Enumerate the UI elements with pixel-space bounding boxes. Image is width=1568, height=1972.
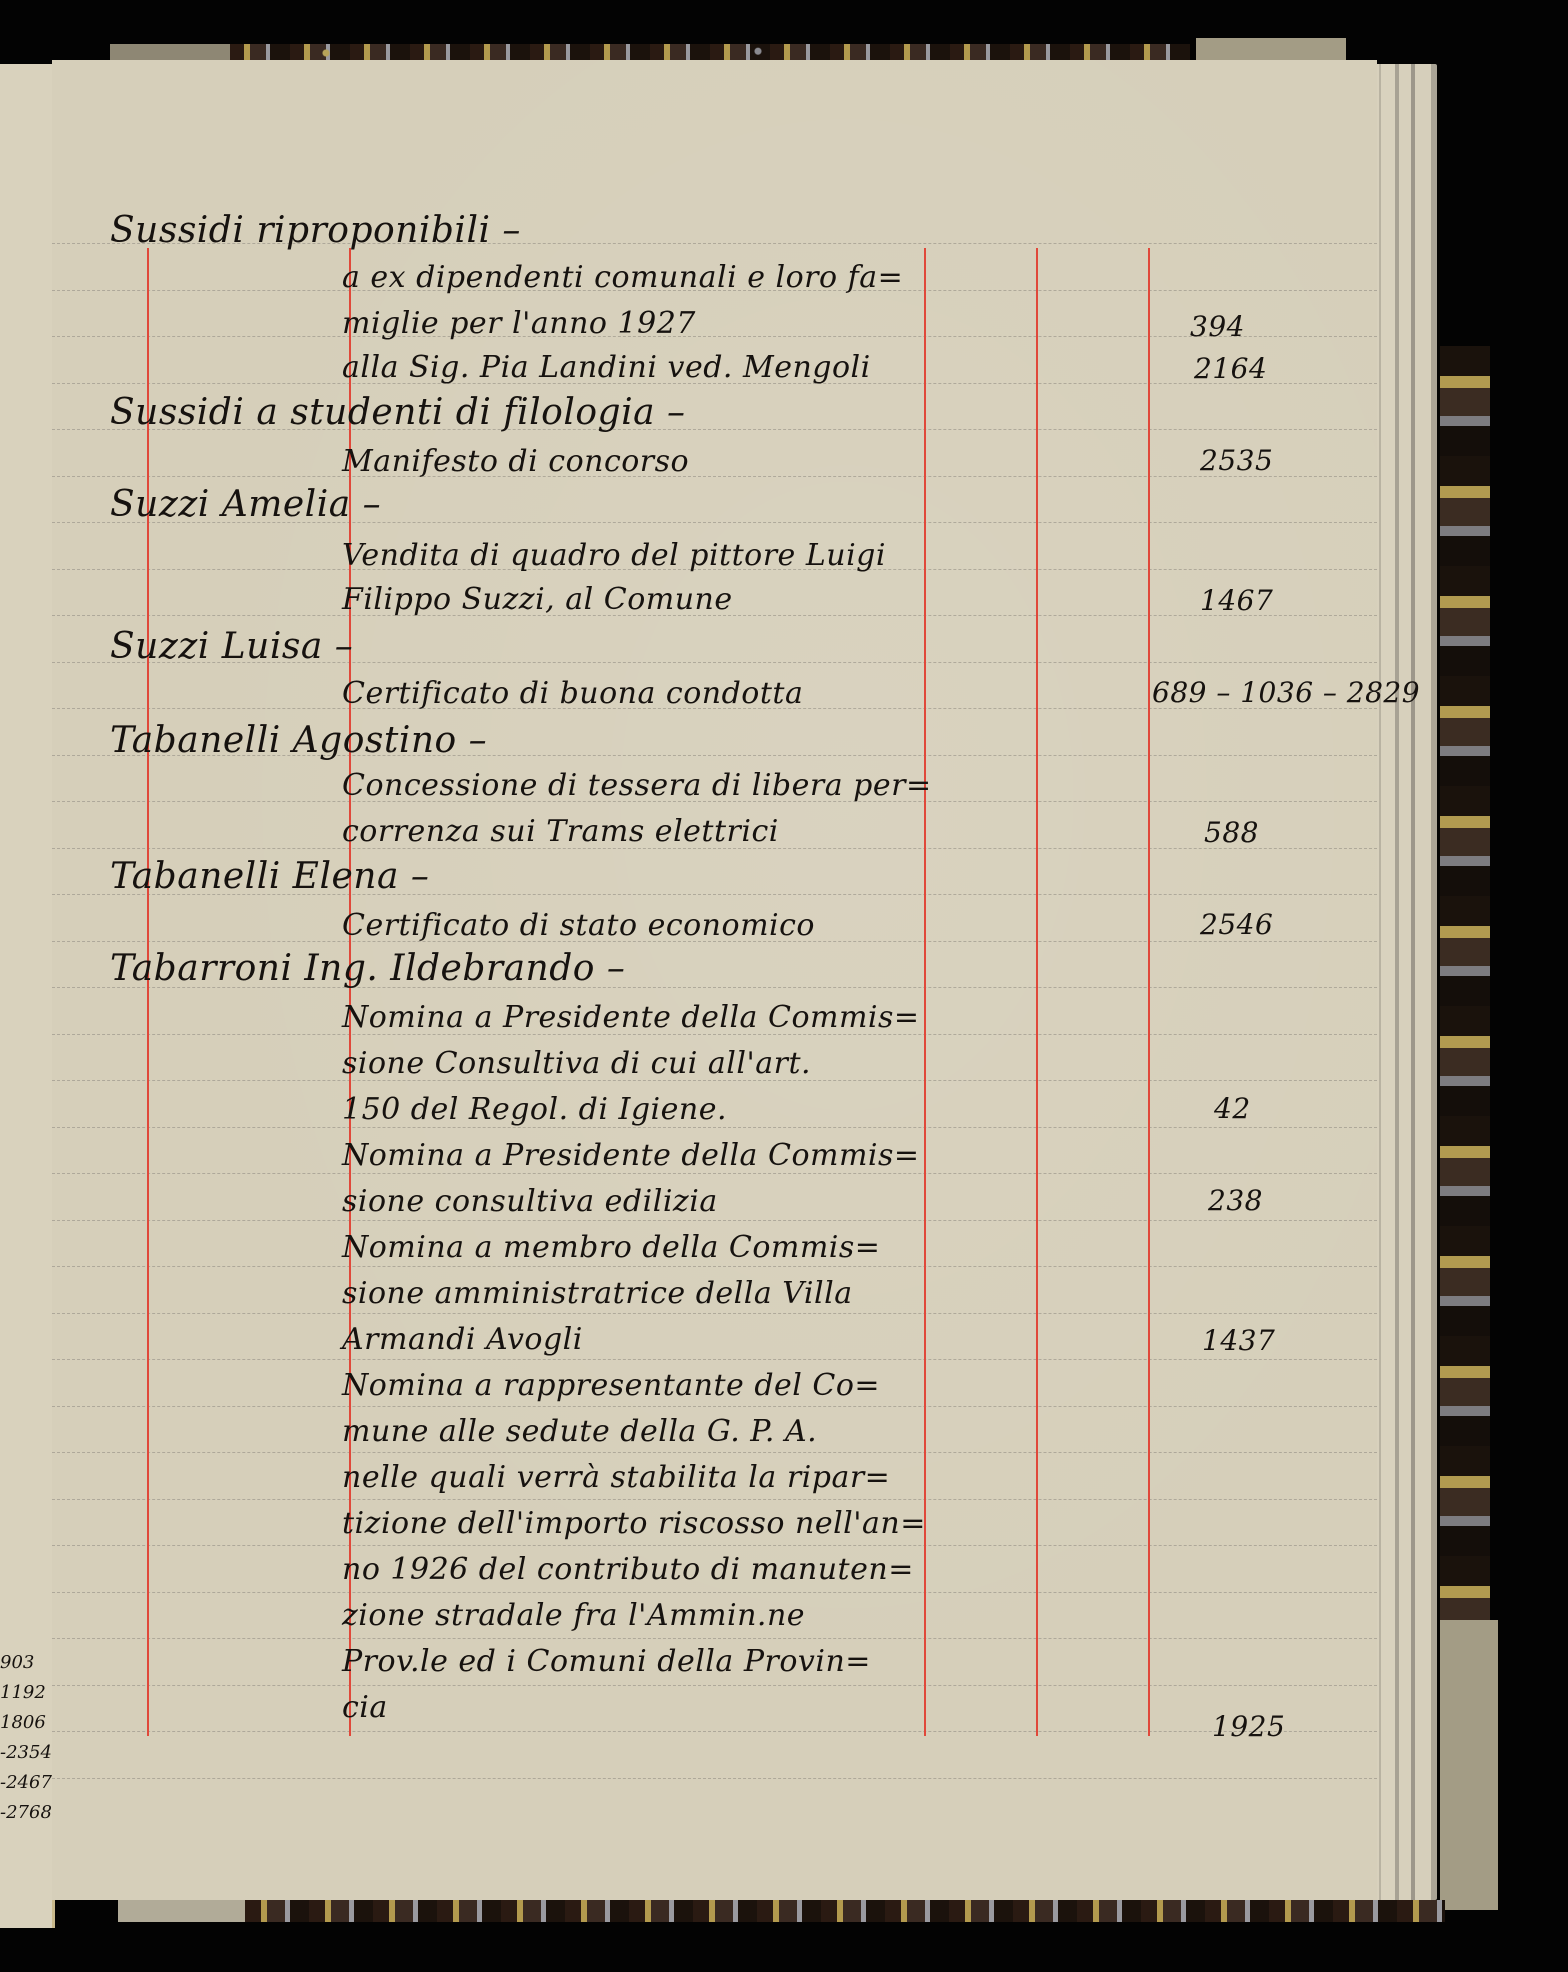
entry-heading: Sussidi riproponibili – — [110, 210, 521, 251]
entry-line: nelle quali verrà stabilita la ripar= — [342, 1460, 890, 1495]
ruled-line — [52, 1220, 1377, 1221]
left-page: 903 1192 1806 -2354 -2467 -2768 — [0, 64, 55, 1928]
entry-heading: Suzzi Amelia – — [110, 484, 381, 525]
ruled-line — [52, 476, 1377, 477]
leather-corner-bottom-right — [1440, 1620, 1498, 1910]
reference-number: 2164 — [1194, 352, 1267, 385]
ruled-line — [52, 1452, 1377, 1453]
entry-line: Nomina a Presidente della Commis= — [342, 1138, 920, 1173]
ruled-line — [52, 1266, 1377, 1267]
margin-number: -2354 — [0, 1742, 52, 1763]
ruled-line — [52, 1731, 1377, 1732]
entry-line: miglie per l'anno 1927 — [342, 306, 696, 341]
margin-number: -2768 — [0, 1802, 52, 1823]
entry-line: Nomina a Presidente della Commis= — [342, 1000, 920, 1035]
entry-line: sione amministratrice della Villa — [342, 1276, 853, 1311]
reference-number: 2546 — [1200, 908, 1273, 941]
reference-number: 238 — [1208, 1184, 1263, 1217]
margin-number: 1806 — [0, 1712, 46, 1733]
entry-line: Prov.le ed i Comuni della Provin= — [342, 1644, 871, 1679]
entry-line: Nomina a membro della Commis= — [342, 1230, 880, 1265]
ruled-line — [52, 1545, 1377, 1546]
entry-line: sione consultiva edilizia — [342, 1184, 718, 1219]
entry-line: Certificato di buona condotta — [342, 676, 803, 711]
entry-line: correnza sui Trams elettrici — [342, 814, 779, 849]
entry-line: no 1926 del contributo di manuten= — [342, 1552, 914, 1587]
ruled-line — [52, 1359, 1377, 1360]
reference-number: 2535 — [1200, 444, 1273, 477]
entry-line: Certificato di stato economico — [342, 908, 815, 943]
marbled-cover-bottom-edge — [245, 1900, 1445, 1922]
ruled-line — [52, 1778, 1377, 1779]
ruled-line — [52, 1406, 1377, 1407]
margin-number: 1192 — [0, 1682, 46, 1703]
entry-line: Concessione di tessera di libera per= — [342, 768, 932, 803]
ruled-line — [52, 1127, 1377, 1128]
ruled-line — [52, 1685, 1377, 1686]
ruled-line — [52, 1499, 1377, 1500]
reference-number: 394 — [1190, 310, 1245, 343]
reference-number: 1925 — [1212, 1710, 1285, 1743]
leather-corner-bottom-left — [118, 1900, 248, 1922]
ruled-line — [52, 1313, 1377, 1314]
entry-line: mune alle sedute della G. P. A. — [342, 1414, 817, 1449]
reference-number: 588 — [1204, 816, 1259, 849]
red-column-line-5 — [1148, 248, 1150, 1736]
red-column-line-4 — [1036, 248, 1038, 1736]
entry-heading: Tabarroni Ing. Ildebrando – — [110, 948, 625, 989]
entry-heading: Tabanelli Elena – — [110, 856, 429, 897]
entry-line: a ex dipendenti comunali e loro fa= — [342, 260, 903, 295]
reference-number: 689 – 1036 – 2829 — [1152, 676, 1420, 709]
red-column-line-1 — [147, 248, 149, 1736]
ruled-line — [52, 336, 1377, 337]
reference-number: 42 — [1214, 1092, 1251, 1125]
entry-line: Filippo Suzzi, al Comune — [342, 582, 733, 617]
entry-line: Manifesto di concorso — [342, 444, 689, 479]
entry-line: cia — [342, 1690, 388, 1725]
entry-heading: Suzzi Luisa – — [110, 626, 353, 667]
entry-line: 150 del Regol. di Igiene. — [342, 1092, 727, 1127]
entry-line: Vendita di quadro del pittore Luigi — [342, 538, 886, 573]
page-stack-edges — [1375, 64, 1437, 1900]
entry-line: alla Sig. Pia Landini ved. Mengoli — [342, 350, 871, 385]
reference-number: 1437 — [1202, 1324, 1275, 1357]
entry-line: zione stradale fra l'Ammin.ne — [342, 1598, 805, 1633]
entry-heading: Tabanelli Agostino – — [110, 720, 487, 761]
entry-line: Nomina a rappresentante del Co= — [342, 1368, 880, 1403]
entry-heading: Sussidi a studenti di filologia – — [110, 392, 685, 433]
margin-number: -2467 — [0, 1772, 52, 1793]
entry-line: Armandi Avogli — [342, 1322, 583, 1357]
reference-number: 1467 — [1200, 584, 1273, 617]
ruled-line — [52, 1592, 1377, 1593]
margin-number: 903 — [0, 1652, 34, 1673]
entry-line: sione Consultiva di cui all'art. — [342, 1046, 811, 1081]
register-page: Sussidi riproponibili – a ex dipendenti … — [52, 60, 1377, 1900]
ruled-line — [52, 1638, 1377, 1639]
marbled-cover-right-edge — [1440, 346, 1490, 1626]
ruled-line — [52, 1173, 1377, 1174]
entry-line: tizione dell'importo riscosso nell'an= — [342, 1506, 926, 1541]
